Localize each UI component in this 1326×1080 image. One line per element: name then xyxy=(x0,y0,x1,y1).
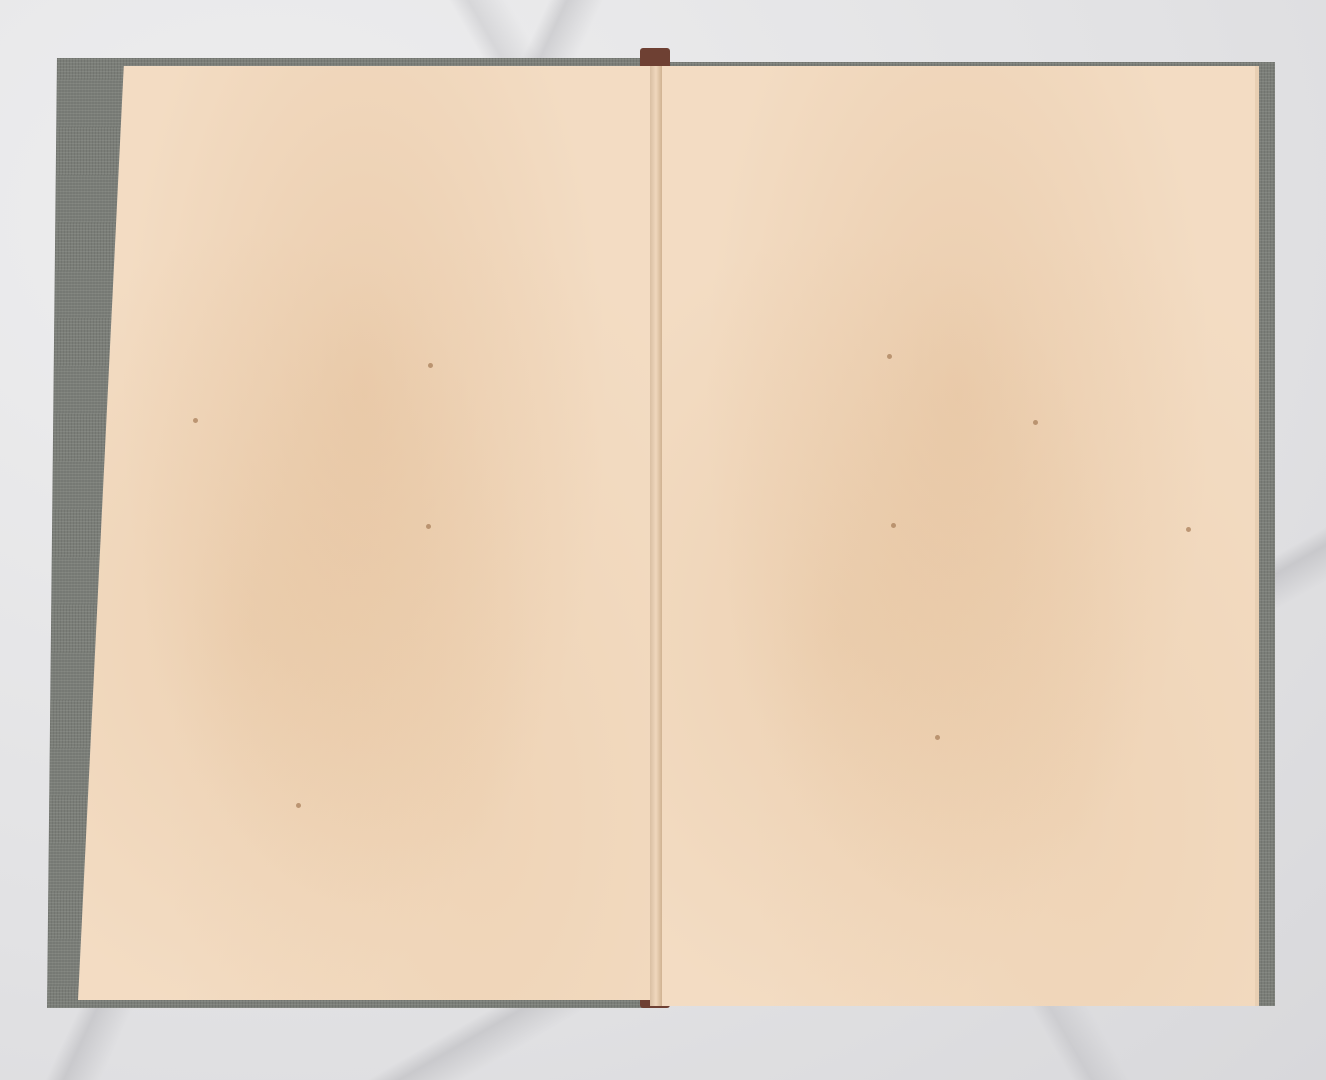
foxing-spot xyxy=(428,363,433,368)
foxing-spot xyxy=(1186,527,1191,532)
foxing-spot xyxy=(887,354,892,359)
page-right xyxy=(660,66,1259,1006)
foxing-spot xyxy=(891,523,896,528)
book-gutter xyxy=(650,66,662,1006)
foxing-spot xyxy=(296,803,301,808)
foxing-spot xyxy=(426,524,431,529)
page-left xyxy=(78,66,650,1000)
foxing-spot xyxy=(193,418,198,423)
foxing-spot xyxy=(1033,420,1038,425)
foxing-spot xyxy=(935,735,940,740)
